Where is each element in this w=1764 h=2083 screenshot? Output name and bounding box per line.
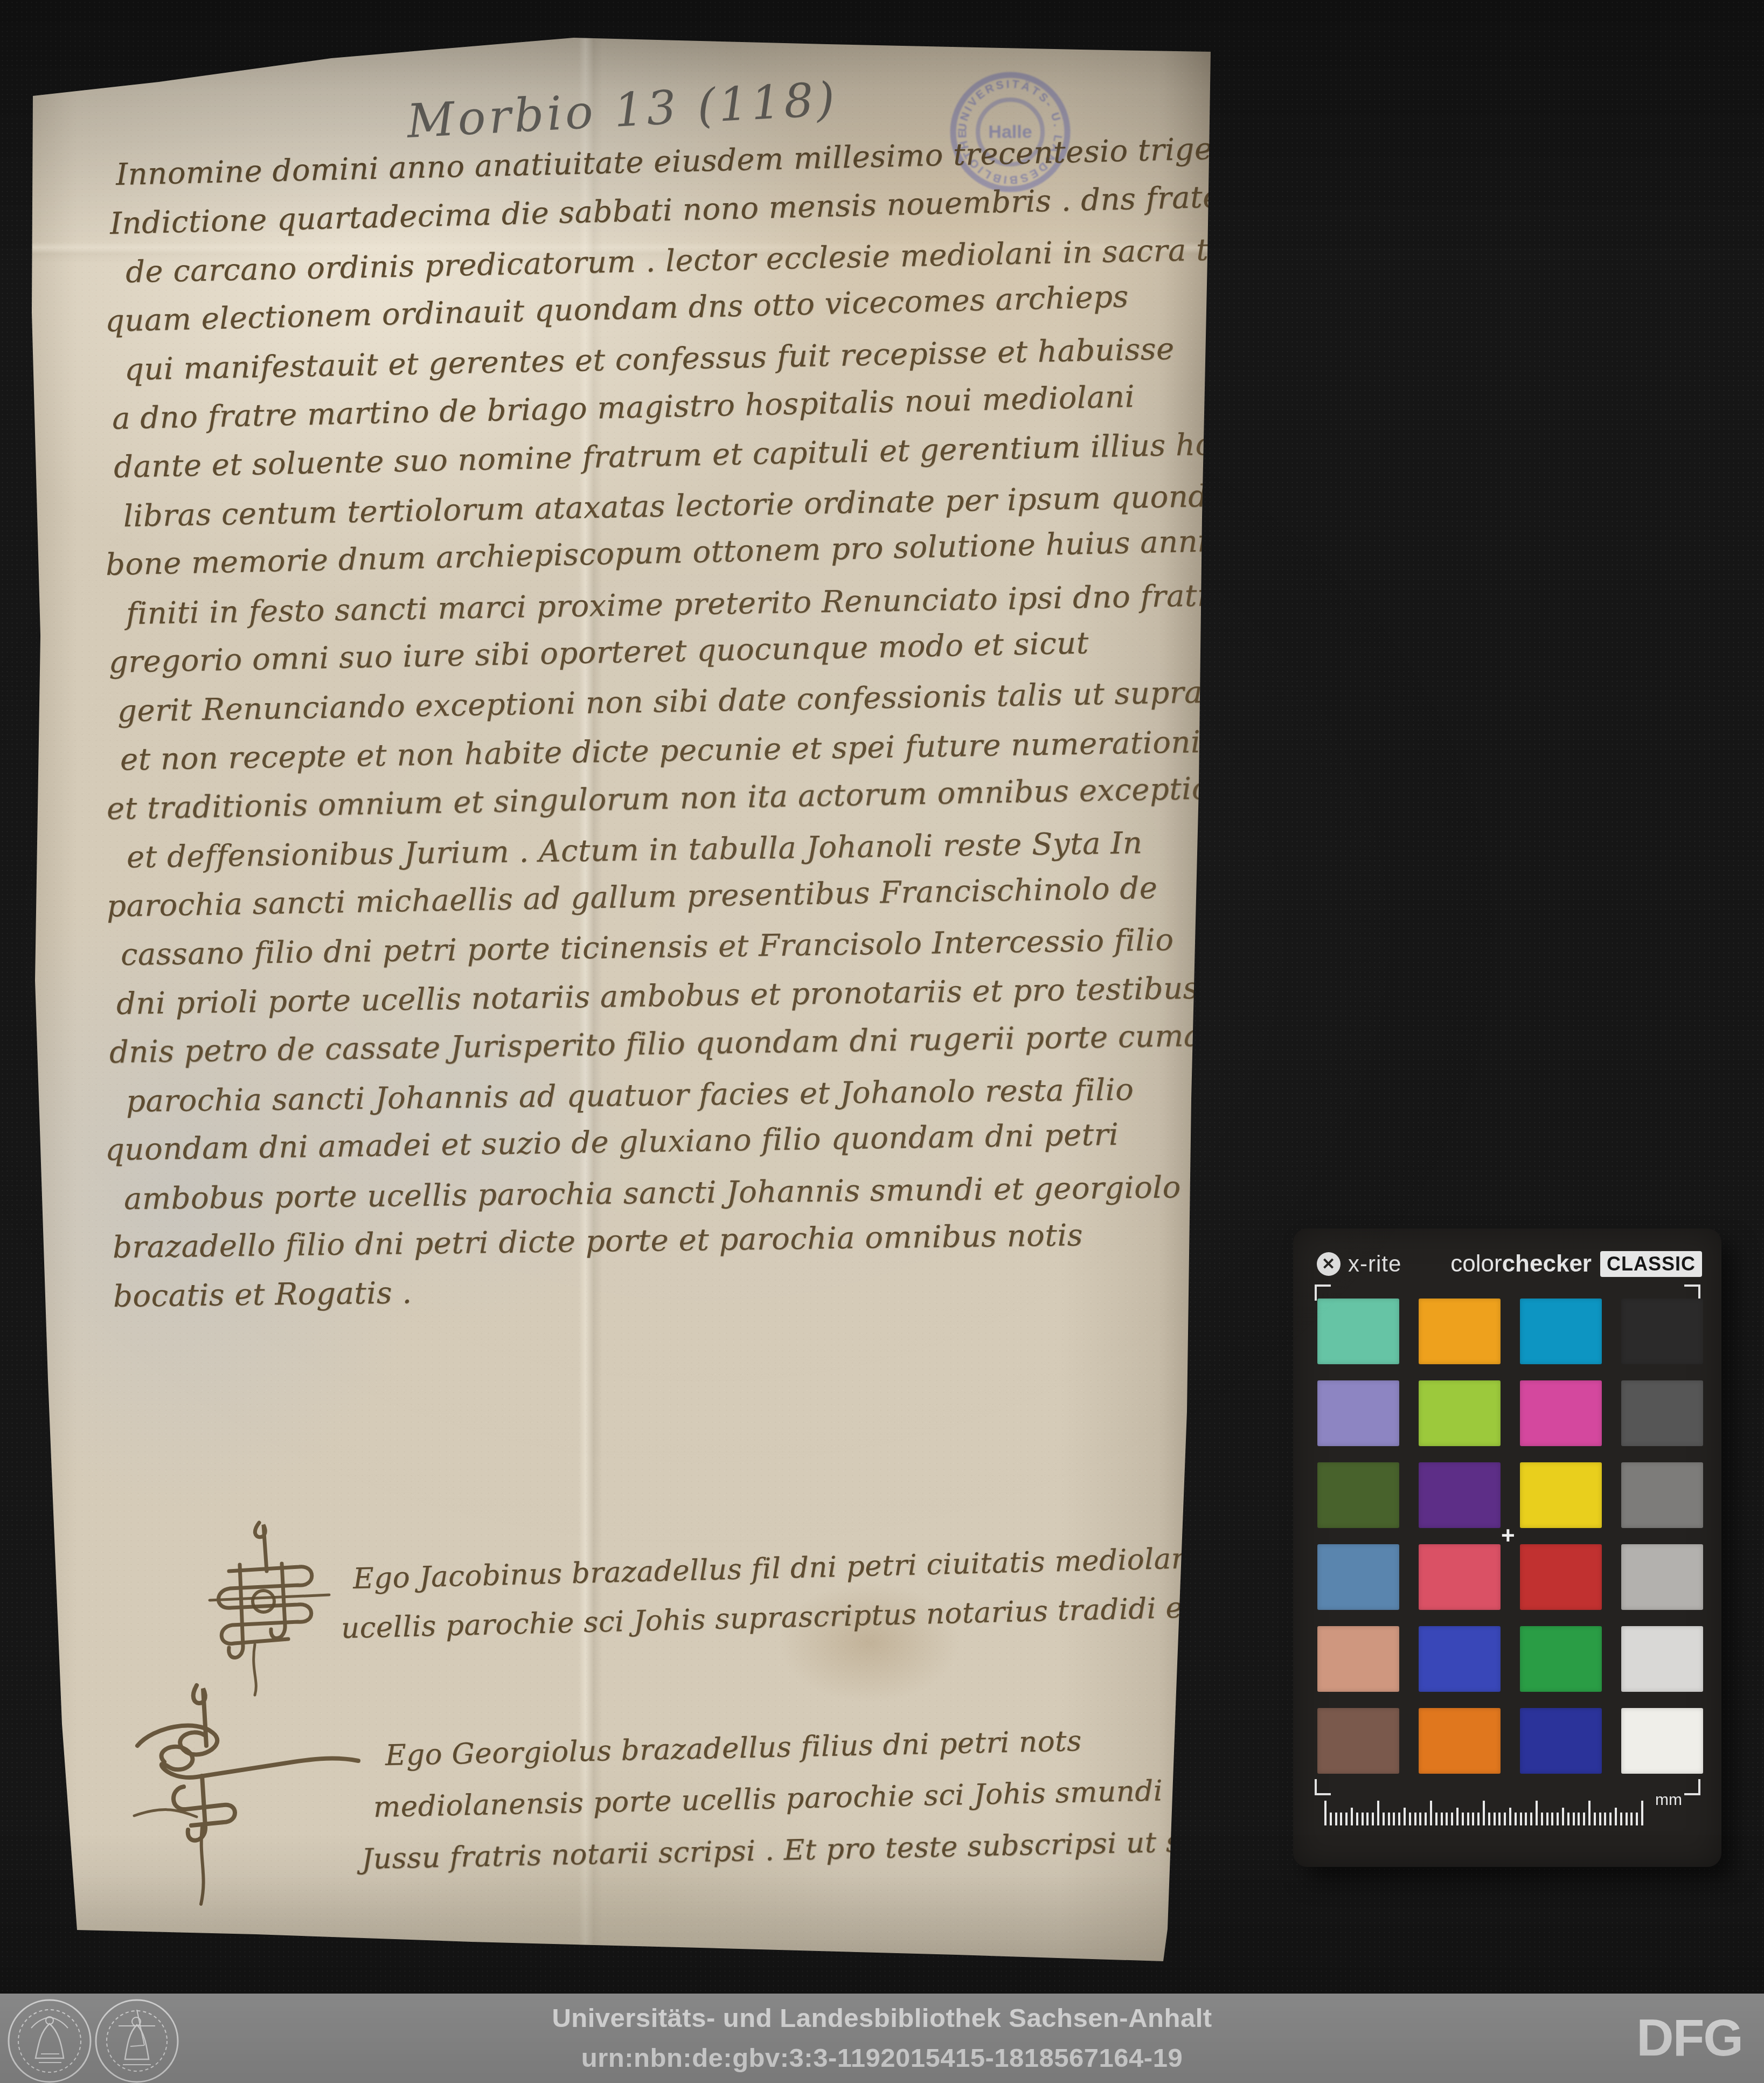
colorchecker-title-regular: color [1450,1251,1502,1277]
manuscript-line: et non recepte et non habite dicte pecun… [120,725,1217,777]
ruler-tick [1620,1813,1622,1825]
colorchecker-patch-neutral-8 [1621,1626,1703,1692]
ruler-tick [1630,1813,1633,1825]
center-cross-mark: + [1501,1523,1515,1550]
x-rite-brand-label: x-rite [1348,1251,1401,1277]
manuscript-line: dante et soluente suo nomine fratrum et … [113,425,1325,485]
ruler-tick [1467,1813,1469,1825]
ruler-tick [1498,1813,1501,1825]
parchment-charter: Morbio 13 (118) UNIVERSITÄTS- U. LANDESB… [30,32,1212,1972]
x-rite-brand: ✕ x-rite [1317,1251,1401,1277]
ruler-tick [1567,1813,1569,1825]
manuscript-line: gregorio omni suo iure sibi oporteret qu… [108,626,1089,680]
ruler-tick [1477,1813,1480,1825]
library-name: Universitäts- und Landesbibliothek Sachs… [397,2003,1367,2033]
manuscript-line: ambobus porte ucellis parochia sancti Jo… [124,1170,1181,1217]
footer-bar: Universitäts- und Landesbibliothek Sachs… [0,1994,1764,2083]
ruler-tick [1345,1813,1348,1825]
colorchecker-patch-foliage [1317,1462,1399,1528]
ruler-tick [1488,1813,1490,1825]
manuscript-line: gerit Renunciando exceptioni non sibi da… [117,675,1203,728]
university-seals [3,1994,197,2083]
ruler-tick [1557,1813,1559,1825]
x-rite-logo-icon: ✕ [1317,1252,1341,1276]
manuscript-line: quam electionem ordinauit quondam dns ot… [105,279,1129,339]
colorchecker-patch-neutral-3-5 [1621,1380,1703,1446]
subscription-line: mediolanensis porte ucellis parochie sci… [373,1774,1163,1824]
colorchecker-patch-red [1520,1544,1602,1610]
manuscript-line: bone memorie dnum archiepiscopum ottonem… [105,524,1208,582]
ruler-tick [1626,1813,1628,1825]
dfg-logo: DFG [1636,2009,1742,2068]
footer-text-block: Universitäts- und Landesbibliothek Sachs… [397,1994,1367,2083]
manuscript-line: finiti in festo sancti marci proxime pre… [126,578,1221,631]
library-ink-stamp: UNIVERSITÄTS- U. LANDESBIBLIOTHEK Halle [948,70,1072,194]
ruler-tick [1636,1813,1638,1825]
ruler-tick [1462,1813,1464,1825]
ruler-tick [1393,1813,1395,1825]
ruler-tick [1414,1813,1416,1825]
colorchecker-patch-blue-flower [1317,1380,1399,1446]
ruler-tick [1340,1813,1342,1825]
university-seal-left [9,2000,91,2082]
ruler-tick [1435,1813,1437,1825]
manuscript-line: qui manifestauit et gerentes et confessu… [124,331,1175,387]
ruler-tick [1604,1813,1606,1825]
ruler-tick [1641,1801,1643,1825]
colorchecker-patch-purplish-blue [1419,1626,1501,1692]
colorchecker-patch-neutral-6-5 [1621,1544,1703,1610]
colorchecker-patch-white [1621,1708,1703,1774]
subscription-line: ucellis parochie sci Johis suprascriptus… [341,1586,1395,1645]
colorchecker-patch-magenta [1520,1380,1602,1446]
ruler-tick [1536,1801,1538,1825]
manuscript-line: dnis petro de cassate Jurisperito filio … [109,1018,1240,1070]
ruler-tick [1525,1813,1527,1825]
ruler-tick [1398,1813,1400,1825]
colorchecker-title-bold: checker [1502,1251,1592,1277]
ruler-tick [1504,1813,1506,1825]
ruler-tick [1335,1813,1337,1825]
subscription-line: Jussu fratris notarii scripsi . Et pro t… [361,1824,1249,1875]
ruler-tick [1546,1813,1548,1825]
colorchecker-patch-cyan [1520,1299,1602,1364]
colorchecker-patch-yellow-green [1419,1380,1501,1446]
manuscript-line: quondam dni amadei et suzio de gluxiano … [105,1117,1119,1168]
ruler-tick [1588,1801,1591,1825]
ruler-tick [1377,1801,1379,1825]
urn-identifier: urn:nbn:de:gbv:3:3-1192015415-1818567164… [397,2043,1367,2073]
colorchecker-patch-blue [1520,1708,1602,1774]
colorchecker-patch-dark-skin [1317,1708,1399,1774]
colorchecker-title: colorchecker CLASSIC [1450,1251,1702,1277]
ruler-tick [1509,1808,1511,1825]
subscription-line: Ego Jacobinus brazadellus fil dni petri … [352,1540,1259,1595]
notarial-signum-1 [207,1519,331,1697]
ruler-tick [1430,1801,1432,1825]
manuscript-line: bocatis et Rogatis . [113,1275,412,1314]
ruler-tick [1494,1813,1496,1825]
ruler-tick [1451,1813,1453,1825]
ruler-tick [1599,1813,1601,1825]
ruler-tick [1456,1808,1459,1825]
manuscript-line: a dno fratre martino de briago magistro … [112,379,1135,436]
ruler-tick [1446,1813,1448,1825]
colorchecker-patch-yellow [1520,1462,1602,1528]
colorchecker-card: ✕ x-rite colorchecker CLASSIC + mm [1293,1228,1721,1867]
ruler-tick [1551,1813,1553,1825]
scan-page: Morbio 13 (118) UNIVERSITÄTS- U. LANDESB… [0,0,1764,2083]
manuscript-line: et deffensionibus Jurium . Actum in tabu… [127,825,1143,875]
ruler-tick [1351,1808,1353,1825]
ruler-tick [1573,1813,1575,1825]
ruler-tick [1583,1813,1585,1825]
manuscript-line: dni prioli porte ucellis notariis ambobu… [116,970,1199,1021]
colorchecker-patch-black [1621,1299,1703,1364]
colorchecker-patch-light-skin [1317,1626,1399,1692]
ruler-tick [1362,1813,1364,1825]
manuscript-line: de carcano ordinis predicatorum . lector… [125,230,1321,290]
colorchecker-patch-blue-sky [1317,1544,1399,1610]
notarial-signum-2 [132,1681,364,1907]
ruler-tick [1615,1808,1617,1825]
ruler-tick [1425,1813,1427,1825]
archival-shelfmark-note: Morbio 13 (118) [406,72,839,149]
ruler-tick [1541,1813,1543,1825]
subscription-line: Ego Georgiolus brazadellus filius dni pe… [385,1725,1082,1772]
manuscript-line: cassano filio dni petri porte ticinensis… [121,922,1174,973]
ruler-tick [1594,1813,1596,1825]
registration-mark-bottom-left [1315,1779,1331,1795]
manuscript-line: parochia sancti michaellis ad gallum pre… [106,870,1157,924]
colorchecker-patch-orange-yellow [1419,1299,1501,1364]
ruler-tick [1441,1813,1443,1825]
ruler-tick [1388,1813,1390,1825]
registration-mark-bottom-right [1684,1779,1700,1795]
colorchecker-patch-orange [1419,1708,1501,1774]
university-seal-right [96,2000,178,2082]
manuscript-line: brazadello filio dni petri dicte porte e… [113,1218,1084,1265]
ruler-tick [1562,1808,1564,1825]
colorchecker-patch-purple [1419,1462,1501,1528]
ruler-tick [1419,1813,1421,1825]
colorchecker-header: ✕ x-rite colorchecker CLASSIC [1317,1247,1702,1281]
ruler-tick [1515,1813,1517,1825]
manuscript-line: libras centum tertiolorum ataxatas lecto… [123,478,1255,534]
mm-ruler-label: mm [1655,1791,1682,1809]
ruler-tick [1372,1813,1374,1825]
ruler-tick [1356,1813,1358,1825]
ruler-tick [1609,1813,1612,1825]
ruler-tick [1404,1808,1406,1825]
ruler-tick [1472,1813,1474,1825]
ruler-tick [1324,1801,1327,1825]
colorchecker-patch-green [1520,1626,1602,1692]
colorchecker-patch-neutral-5 [1621,1462,1703,1528]
ruler-tick [1483,1801,1485,1825]
ruler-tick [1330,1813,1332,1825]
ruler-tick [1366,1813,1369,1825]
manuscript-line: parochia sancti Johannis ad quatuor faci… [126,1072,1134,1119]
colorchecker-classic-badge: CLASSIC [1600,1251,1702,1277]
colorchecker-patch-moderate-red [1419,1544,1501,1610]
ruler-tick [1383,1813,1385,1825]
ruler-tick [1409,1813,1411,1825]
manuscript-line: et traditionis omnium et singulorum non … [107,768,1372,826]
colorchecker-patch-bluish-green [1317,1299,1399,1364]
ruler-tick [1520,1813,1522,1825]
ruler-tick [1530,1813,1532,1825]
ruler-tick [1578,1813,1580,1825]
